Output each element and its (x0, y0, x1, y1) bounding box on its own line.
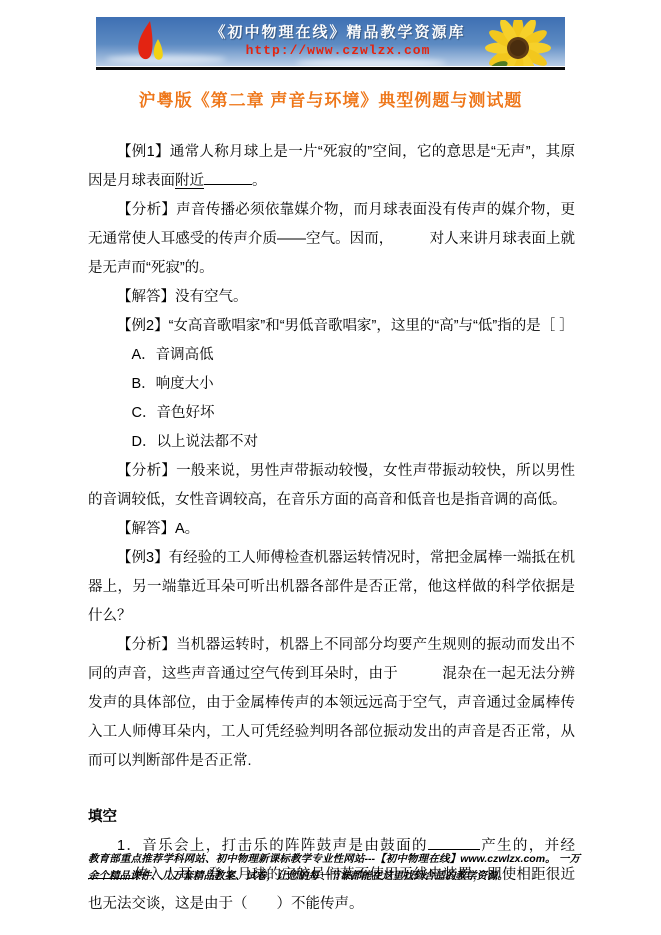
paragraph: B．响度大小 (88, 370, 575, 399)
text-run: 填空 (88, 809, 117, 825)
paragraph: 【例2】“女高音歌唱家”和“男低音歌唱家”，这里的“高”与“低”指的是［ ］ (88, 312, 575, 341)
fill-blank[interactable] (428, 834, 480, 850)
page-title: 沪粤版《第二章 声音与环境》典型例题与测试题 (0, 86, 661, 111)
paragraph: 【分析】当机器运转时，机器上不同部分均要产生规则的振动而发出不同的声音，这些声音… (88, 631, 575, 776)
site-banner: 《初中物理在线》精品教学资源库 http://www.czwlzx.com (96, 17, 565, 66)
paragraph: A．音调高低 (88, 341, 575, 370)
paragraph: 【分析】声音传播必须依靠媒介物，而月球表面没有传声的媒介物，更无通常使人耳感受的… (88, 196, 575, 283)
text-run: 【例3】有经验的工人师傅检查机器运转情况时，常把金属棒一端抵在机器上，另一端靠近… (88, 550, 575, 624)
text-run: 【分析】声音传播必须依靠媒介物，而月球表面没有传声的媒介物，更无通常使人耳感受的… (88, 202, 575, 276)
text-run: A．音调高低 (132, 347, 214, 363)
text-run: D．以上说法都不对 (132, 434, 258, 450)
paragraph: 【解答】没有空气。 (88, 283, 575, 312)
paragraph: 【分析】一般来说，男性声带振动较慢，女性声带振动较快，所以男性的音调较低，女性音… (88, 457, 575, 515)
flame-logo-icon (124, 19, 176, 65)
text-run: 【解答】A。 (117, 521, 199, 537)
text-run: C．音色好坏 (132, 405, 215, 421)
text-run: 附近 (175, 173, 204, 189)
document-body: 【例1】通常人称月球上是一片“死寂的”空间，它的意思是“无声”，其原因是月球表面… (88, 138, 575, 919)
text-run: 【例2】“女高音歌唱家”和“男低音歌唱家”，这里的“高”与“低”指的是［ ］ (117, 318, 574, 334)
fill-blank[interactable] (204, 169, 252, 185)
section-heading: 填空 (88, 803, 575, 832)
site-name: 《初中物理在线》精品教学资源库 (186, 21, 490, 42)
text-run: 【分析】一般来说，男性声带振动较慢，女性声带振动较快，所以男性的音调较低，女性音… (88, 463, 575, 508)
text-run: 【解答】没有空气。 (117, 289, 248, 305)
sunflower-image (475, 20, 561, 66)
cloud-decoration (296, 58, 446, 66)
footer-note: 教育部重点推荐学科网站、初中物理新课标教学专业性网站---【初中物理在线】www… (88, 851, 580, 885)
text-run: 【分析】当机器运转时，机器上不同部分均要产生规则的振动而发出不同的声音，这些声音… (88, 637, 575, 769)
text-run: B．响度大小 (132, 376, 214, 392)
paragraph: 【解答】A。 (88, 515, 575, 544)
paragraph: D．以上说法都不对 (88, 428, 575, 457)
text-run: 【例1】通常人称月球上是一片“死寂的”空间，它的意思是“无声”，其原因是月球表面 (88, 144, 575, 189)
paragraph: 【例3】有经验的工人师傅检查机器运转情况时，常把金属棒一端抵在机器上，另一端靠近… (88, 544, 575, 631)
divider-line (96, 67, 565, 70)
paragraph: 【例1】通常人称月球上是一片“死寂的”空间，它的意思是“无声”，其原因是月球表面… (88, 138, 575, 196)
text-run: 。 (252, 173, 267, 189)
paragraph: C．音色好坏 (88, 399, 575, 428)
site-url-link[interactable]: http://www.czwlzx.com (186, 43, 490, 58)
